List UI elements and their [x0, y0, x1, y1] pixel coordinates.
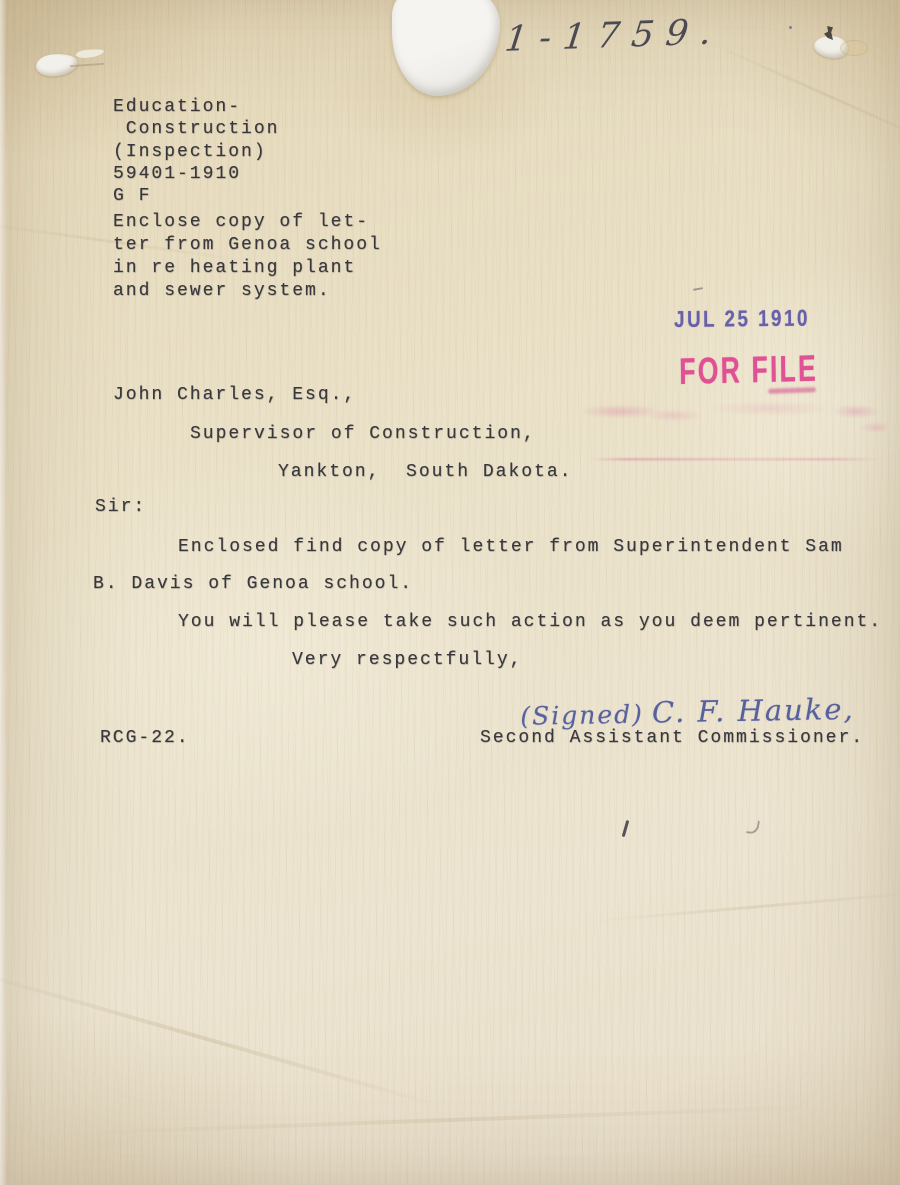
file-code-line: (Inspection): [113, 142, 267, 162]
signature-name: C. F. Hauke,: [652, 692, 855, 730]
file-code-line: Education-: [113, 97, 241, 117]
signer-title: Second Assistant Commissioner.: [480, 728, 864, 748]
salutation: Sir:: [95, 497, 146, 517]
ink-speck: [789, 26, 792, 29]
subject-note-line: ter from Genoa school: [113, 235, 382, 255]
signature-signed-label: (Signed): [520, 700, 644, 731]
body-line: Enclosed find copy of letter from Superi…: [178, 537, 844, 557]
subject-note-line: in re heating plant: [113, 258, 356, 278]
body-line: You will please take such action as you …: [178, 612, 882, 632]
fastener-stain: [840, 40, 868, 56]
for-file-stamp: FOR FILE: [679, 348, 818, 393]
body-line: B. Davis of Genoa school.: [93, 574, 413, 594]
file-code-line: 59401-1910: [113, 164, 241, 184]
date-received-stamp: JUL 25 1910: [674, 305, 810, 333]
subject-note-line: and sewer system.: [113, 281, 331, 301]
recipient-location-line: Yankton, South Dakota.: [278, 462, 572, 482]
reference-number: RCG-22.: [100, 728, 190, 748]
subject-note-line: Enclose copy of let-: [113, 212, 369, 232]
closing-line: Very respectfully,: [292, 650, 522, 670]
file-code-line: Construction: [113, 119, 279, 139]
scan-edge-highlight: [0, 0, 7, 1185]
recipient-name-line: John Charles, Esq.,: [113, 385, 356, 405]
recipient-title-line: Supervisor of Construction,: [190, 424, 536, 444]
handwritten-file-number: 1-1759.: [503, 12, 726, 60]
file-code-line: G F: [113, 186, 151, 206]
scanned-letter-page: 1-1759. Education- Construction (Inspect…: [0, 0, 900, 1185]
stamp-ink-smudge: [584, 396, 886, 466]
